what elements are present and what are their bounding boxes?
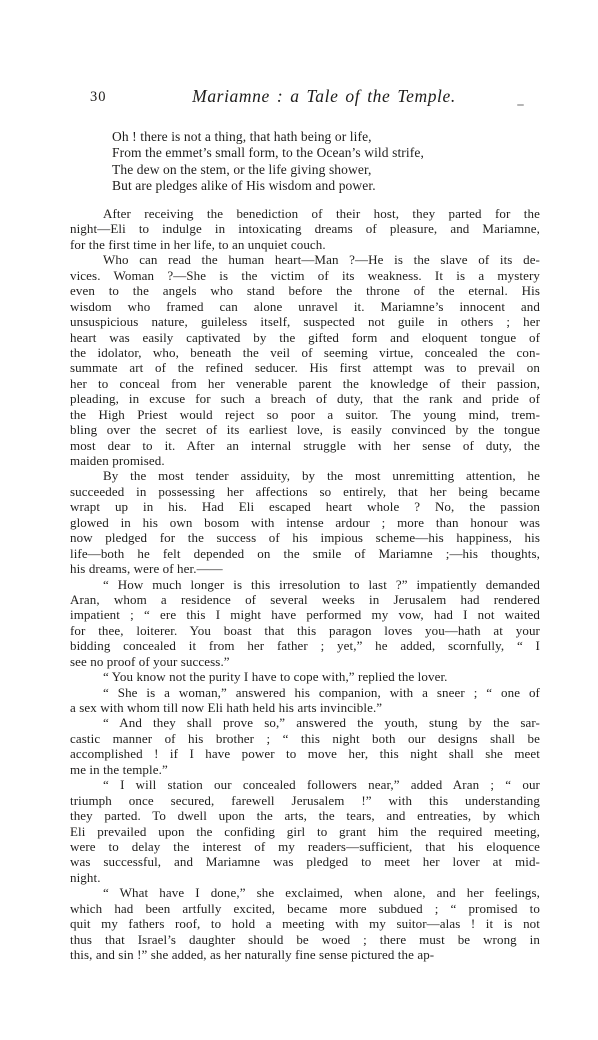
poem-line: From the emmet’s small form, to the Ocea…	[112, 145, 424, 161]
text-line: the High Priest would reject so poor a s…	[70, 407, 540, 422]
text-line: pleading, in excuse for such a breach of…	[70, 391, 540, 406]
text-line: this, and sin !” she added, as her natur…	[70, 947, 540, 962]
text-line: me in the temple.”	[70, 762, 540, 777]
text-line: “ She is a woman,” answered his companio…	[70, 685, 540, 700]
text-line: quit my fathers roof, to hold a meeting …	[70, 916, 540, 931]
text-line: Who can read the human heart—Man ?—He is…	[70, 252, 540, 267]
text-line: her to conceal from her venerable parent…	[70, 376, 540, 391]
poem: Oh ! there is not a thing, that hath bei…	[112, 129, 424, 195]
text-line: glowed in his own bosom with intense ard…	[70, 515, 540, 530]
paragraph: Who can read the human heart—Man ?—He is…	[70, 252, 540, 468]
text-line: summate art of the refined seducer. His …	[70, 360, 540, 375]
text-line: “ How much longer is this irresolution t…	[70, 577, 540, 592]
paragraph: “ And they shall prove so,” answered the…	[70, 715, 540, 777]
paragraph: “ How much longer is this irresolution t…	[70, 577, 540, 670]
text-line: heart was easily captivated by the gifte…	[70, 330, 540, 345]
text-line: “ And they shall prove so,” answered the…	[70, 715, 540, 730]
running-title: Mariamne : a Tale of the Temple.	[70, 86, 540, 107]
text-line: “ What have I done,” she exclaimed, when…	[70, 885, 540, 900]
paragraph: After receiving the benediction of their…	[70, 206, 540, 252]
paragraph: “ She is a woman,” answered his companio…	[70, 685, 540, 716]
text-line: night.	[70, 870, 540, 885]
text-line: the idolator, who, beneath the veil of s…	[70, 345, 540, 360]
text-line: bling over the secret of its earliest lo…	[70, 422, 540, 437]
poem-line: But are pledges alike of His wisdom and …	[112, 178, 424, 194]
text-line: impatient ; “ ere this I might have perf…	[70, 607, 540, 622]
text-line: castic manner of his brother ; “ this ni…	[70, 731, 540, 746]
text-line: night—Eli to indulge in intoxicating dre…	[70, 221, 540, 236]
paragraph: “ I will station our concealed followers…	[70, 777, 540, 885]
text-line: bidding concealed it from her father ; y…	[70, 638, 540, 653]
text-line: wisdom who framed can alone unravel it. …	[70, 299, 540, 314]
text-line: Aran, whom a residence of several weeks …	[70, 592, 540, 607]
paragraph: “ You know not the purity I have to cope…	[70, 669, 540, 684]
text-line: maiden promised.	[70, 453, 540, 468]
running-header: 30 Mariamne : a Tale of the Temple.	[70, 86, 540, 110]
text-line: wrapt up in his. Had Eli escaped heart w…	[70, 499, 540, 514]
text-line: unsuspicious nature, guileless itself, s…	[70, 314, 540, 329]
text-line: they parted. To dwell upon the arts, the…	[70, 808, 540, 823]
page-body-text: After receiving the benediction of their…	[70, 206, 540, 962]
text-line: a sex with whom till now Eli hath held h…	[70, 700, 540, 715]
scan-artifact-mark	[517, 104, 524, 106]
text-line: for thee, loiterer. You boast that this …	[70, 623, 540, 638]
text-line: accomplished ! if I have power to move h…	[70, 746, 540, 761]
text-line: even to the angels who stand before the …	[70, 283, 540, 298]
text-line: see no proof of your success.”	[70, 654, 540, 669]
book-page: 30 Mariamne : a Tale of the Temple. Oh !…	[0, 0, 598, 1040]
text-line: “ You know not the purity I have to cope…	[70, 669, 540, 684]
text-line: After receiving the benediction of their…	[70, 206, 540, 221]
text-line: his dreams, were of her.——	[70, 561, 540, 576]
text-line: vices. Woman ?—She is the victim of its …	[70, 268, 540, 283]
paragraph: By the most tender assiduity, by the mos…	[70, 468, 540, 576]
text-line: which had been artfully excited, became …	[70, 901, 540, 916]
text-line: for the first time in her life, to an un…	[70, 237, 540, 252]
text-line: triumph once secured, farewell Jerusalem…	[70, 793, 540, 808]
text-line: now pledged for the success of his impio…	[70, 530, 540, 545]
text-line: was successful, and Mariamne was pledged…	[70, 854, 540, 869]
poem-line: Oh ! there is not a thing, that hath bei…	[112, 129, 424, 145]
text-line: “ I will station our concealed followers…	[70, 777, 540, 792]
paragraph: “ What have I done,” she exclaimed, when…	[70, 885, 540, 962]
poem-line: The dew on the stem, or the life giving …	[112, 162, 424, 178]
text-line: life—both he felt depended on the smile …	[70, 546, 540, 561]
text-line: were to delay the interest of my readers…	[70, 839, 540, 854]
text-line: succeeded in possessing her affections s…	[70, 484, 540, 499]
text-line: Eli prevailed upon the confiding girl to…	[70, 824, 540, 839]
text-line: thus that Israel’s daughter should be wo…	[70, 932, 540, 947]
text-line: most dear to it. After an internal strug…	[70, 438, 540, 453]
text-line: By the most tender assiduity, by the mos…	[70, 468, 540, 483]
